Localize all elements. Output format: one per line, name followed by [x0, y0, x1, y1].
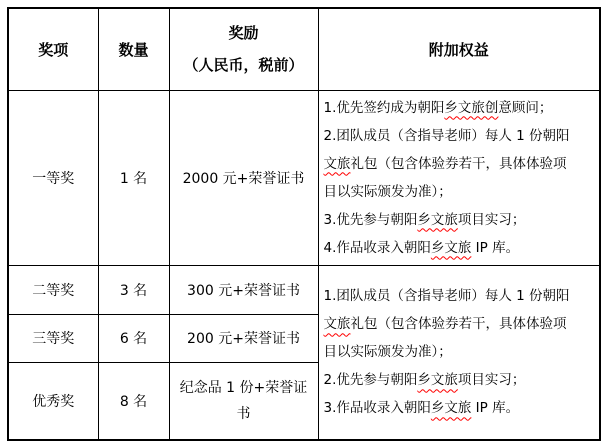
table-row-first-prize: 一等奖 1 名 2000 元+荣誉证书 1.优先签约成为朝阳乡文旅创意顾问；2.… [8, 90, 600, 265]
header-row: 奖项 数量 奖励 （人民币，税前） 附加权益 [8, 8, 600, 90]
reward-header-line1: 奖励 [170, 17, 318, 49]
col-header-benefits: 附加权益 [318, 8, 600, 90]
reward-cell: 300 元+荣誉证书 [169, 265, 318, 314]
quantity-cell: 1 名 [98, 90, 169, 265]
quantity-cell: 6 名 [98, 314, 169, 362]
reward-cell: 200 元+荣誉证书 [169, 314, 318, 362]
col-header-award: 奖项 [8, 8, 98, 90]
benefits-cell-shared: 1.团队成员（含指导老师）每人 1 份朝阳文旅礼包（包含体验券若干，具体体验项目… [318, 265, 600, 440]
col-header-reward: 奖励 （人民币，税前） [169, 8, 318, 90]
reward-header-line2: （人民币，税前） [170, 49, 318, 81]
award-cell: 一等奖 [8, 90, 98, 265]
quantity-cell: 3 名 [98, 265, 169, 314]
award-cell: 优秀奖 [8, 362, 98, 440]
quantity-cell: 8 名 [98, 362, 169, 440]
col-header-quantity: 数量 [98, 8, 169, 90]
prize-table: 奖项 数量 奖励 （人民币，税前） 附加权益 一等奖 1 名 2000 元+荣誉… [7, 7, 601, 441]
award-cell: 三等奖 [8, 314, 98, 362]
document-page: 奖项 数量 奖励 （人民币，税前） 附加权益 一等奖 1 名 2000 元+荣誉… [0, 0, 607, 447]
benefits-cell-first-prize: 1.优先签约成为朝阳乡文旅创意顾问；2.团队成员（含指导老师）每人 1 份朝阳文… [318, 90, 600, 265]
table-row-second-prize: 二等奖 3 名 300 元+荣誉证书 1.团队成员（含指导老师）每人 1 份朝阳… [8, 265, 600, 314]
reward-cell: 纪念品 1 份+荣誉证书 [169, 362, 318, 440]
reward-cell: 2000 元+荣誉证书 [169, 90, 318, 265]
award-cell: 二等奖 [8, 265, 98, 314]
